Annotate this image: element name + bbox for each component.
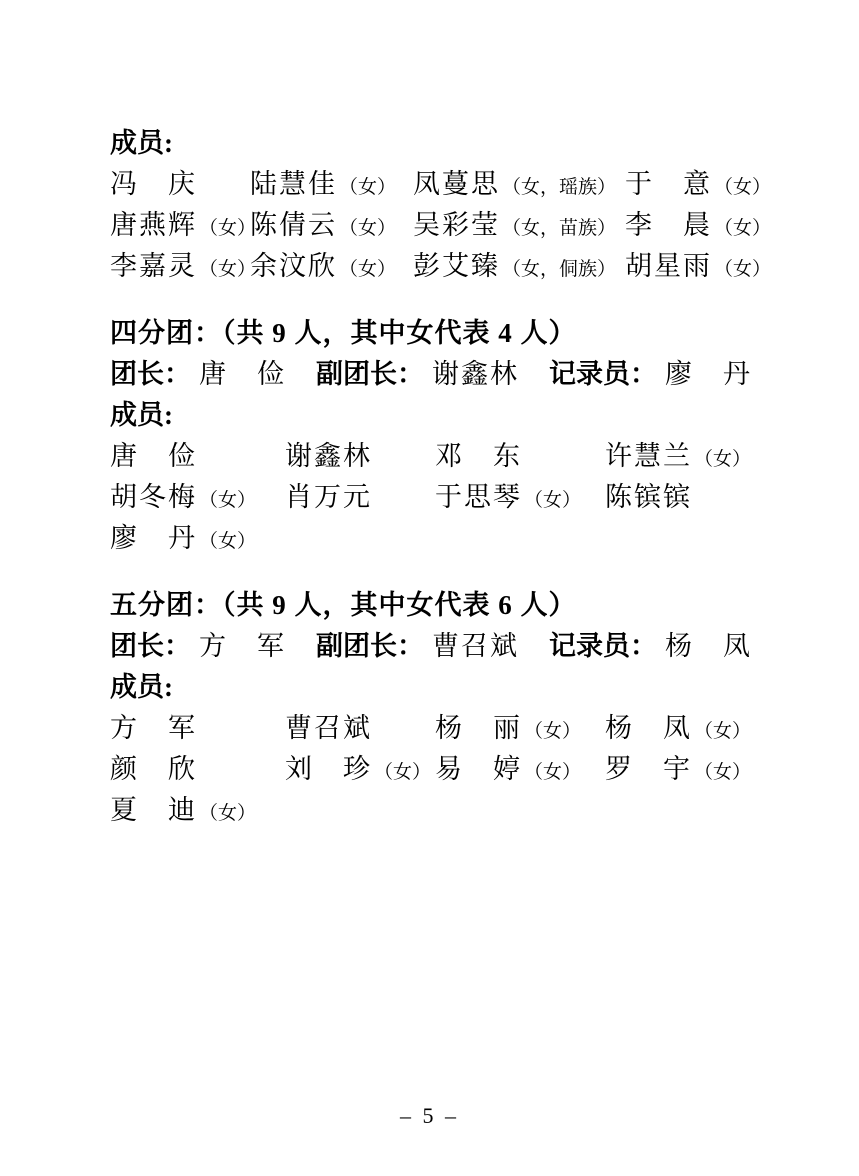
member-entry: 易 婷（女） [435, 747, 605, 786]
member-entry: 许慧兰（女） [605, 434, 758, 473]
member-entry: 罗 宇（女） [605, 747, 758, 786]
leader-role-label: 团长： [110, 624, 191, 663]
leader-group: 副团长：谢鑫林 [316, 352, 519, 391]
member-gender-tag: （女） [712, 177, 771, 198]
delegation-5-leaders: 团长：方 军 副团长：曹召斌 记录员：杨 凤 [110, 623, 758, 664]
member-gender-tag: （女） [337, 259, 396, 280]
member-name: 彭艾臻 [413, 251, 500, 281]
member-gender-tag [372, 490, 374, 511]
member-name: 于 意 [625, 169, 712, 199]
member-row: 胡冬梅（女） 肖万元 于思琴（女） 陈镔镔 [110, 474, 758, 515]
leader-name: 廖 丹 [665, 352, 752, 391]
member-gender-tag: （女，瑶族） [500, 177, 616, 198]
member-entry: 唐燕辉（女） [110, 203, 250, 242]
member-entry: 刘 珍（女） [285, 747, 435, 786]
leader-group: 团长：唐 俭 [110, 352, 286, 391]
section-spacer [110, 556, 758, 582]
member-entry: 胡星雨（女） [625, 244, 771, 283]
member-entry: 邓 东 [435, 434, 605, 473]
member-entry: 余汶欣（女） [250, 244, 413, 283]
leader-role-label: 副团长： [316, 352, 424, 391]
member-row: 李嘉灵（女） 余汶欣（女） 彭艾臻（女，侗族） 胡星雨（女） [110, 243, 758, 284]
member-entry: 夏 迪（女） [110, 788, 285, 827]
member-entry: 李 晨（女） [625, 203, 771, 242]
member-gender-tag: （女） [197, 803, 256, 824]
member-name: 陆慧佳 [250, 169, 337, 199]
member-name: 冯 庆 [110, 169, 197, 199]
delegation-4-leaders: 团长：唐 俭 副团长：谢鑫林 记录员：廖 丹 [110, 351, 758, 392]
member-name: 余汶欣 [250, 251, 337, 281]
member-gender-tag: （女） [197, 490, 256, 511]
members-heading: 成员: [110, 392, 758, 433]
member-name: 李 晨 [625, 210, 712, 240]
member-gender-tag: （女） [522, 721, 581, 742]
member-gender-tag [522, 449, 524, 470]
member-name: 李嘉灵 [110, 251, 197, 281]
member-gender-tag: （女，苗族） [500, 218, 616, 239]
member-entry: 方 军 [110, 706, 285, 745]
member-entry: 谢鑫林 [285, 434, 435, 473]
member-entry: 陈镔镔 [605, 475, 758, 514]
member-name: 唐 俭 [110, 441, 197, 471]
member-name: 胡星雨 [625, 251, 712, 281]
leader-role-label: 副团长： [316, 624, 424, 663]
member-entry: 颜 欣 [110, 747, 285, 786]
member-name: 吴彩莹 [413, 210, 500, 240]
member-entry: 杨 凤（女） [605, 706, 758, 745]
document-content: 成员: 冯 庆 陆慧佳（女） 凤蔓思（女，瑶族） 于 意（女） 唐燕辉（女） 陈… [110, 120, 758, 828]
member-gender-tag [197, 449, 199, 470]
delegation-5-title: 五分团：（共 9 人，其中女代表 6 人） [110, 582, 758, 623]
member-name: 曹召斌 [285, 713, 372, 743]
member-gender-tag: （女） [692, 449, 751, 470]
member-gender-tag: （女） [522, 490, 581, 511]
leader-role-label: 团长： [110, 352, 191, 391]
member-entry: 冯 庆 [110, 162, 250, 201]
member-gender-tag: （女） [712, 259, 771, 280]
member-gender-tag: （女） [712, 218, 771, 239]
member-name: 许慧兰 [605, 441, 692, 471]
member-gender-tag: （女，侗族） [500, 259, 616, 280]
member-entry: 廖 丹（女） [110, 516, 285, 555]
member-gender-tag: （女） [372, 762, 431, 783]
member-name: 邓 东 [435, 441, 522, 471]
member-entry: 陆慧佳（女） [250, 162, 413, 201]
member-row: 夏 迪（女） [110, 787, 758, 828]
page-number: – 5 – [0, 1103, 859, 1129]
member-gender-tag: （女） [337, 218, 396, 239]
member-name: 夏 迪 [110, 795, 197, 825]
member-name: 颜 欣 [110, 754, 197, 784]
leader-name: 杨 凤 [665, 624, 752, 663]
member-name: 杨 凤 [605, 713, 692, 743]
leader-name: 谢鑫林 [432, 352, 519, 391]
member-entry: 于 意（女） [625, 162, 771, 201]
member-name: 方 军 [110, 713, 197, 743]
member-gender-tag [197, 762, 199, 783]
member-entry: 胡冬梅（女） [110, 475, 285, 514]
member-name: 罗 宇 [605, 754, 692, 784]
leader-role-label: 记录员： [549, 352, 657, 391]
member-name: 胡冬梅 [110, 482, 197, 512]
member-name: 唐燕辉 [110, 210, 197, 240]
member-gender-tag: （女） [692, 762, 751, 783]
member-entry: 肖万元 [285, 475, 435, 514]
member-row: 廖 丹（女） [110, 515, 758, 556]
member-name: 于思琴 [435, 482, 522, 512]
member-gender-tag [372, 721, 374, 742]
leader-group: 记录员：杨 凤 [549, 624, 752, 663]
member-entry: 于思琴（女） [435, 475, 605, 514]
member-gender-tag: （女） [197, 259, 256, 280]
member-gender-tag: （女） [197, 218, 256, 239]
member-gender-tag: （女） [337, 177, 396, 198]
leader-group: 团长：方 军 [110, 624, 286, 663]
member-gender-tag: （女） [692, 721, 751, 742]
member-row: 颜 欣 刘 珍（女） 易 婷（女） 罗 宇（女） [110, 746, 758, 787]
member-gender-tag: （女） [197, 531, 256, 552]
member-entry: 彭艾臻（女，侗族） [413, 244, 625, 283]
leader-name: 曹召斌 [432, 624, 519, 663]
member-gender-tag [197, 721, 199, 742]
member-row: 方 军 曹召斌 杨 丽（女） 杨 凤（女） [110, 705, 758, 746]
member-entry: 唐 俭 [110, 434, 285, 473]
member-name: 刘 珍 [285, 754, 372, 784]
member-name: 陈镔镔 [605, 482, 692, 512]
member-entry: 吴彩莹（女，苗族） [413, 203, 625, 242]
member-entry: 凤蔓思（女，瑶族） [413, 162, 625, 201]
member-gender-tag [692, 490, 694, 511]
member-name: 凤蔓思 [413, 169, 500, 199]
leader-name: 唐 俭 [199, 352, 286, 391]
member-name: 陈倩云 [250, 210, 337, 240]
member-name: 易 婷 [435, 754, 522, 784]
member-entry: 陈倩云（女） [250, 203, 413, 242]
members-heading: 成员: [110, 120, 758, 161]
leader-group: 记录员：廖 丹 [549, 352, 752, 391]
member-gender-tag [372, 449, 374, 470]
delegation-4-title: 四分团：（共 9 人，其中女代表 4 人） [110, 310, 758, 351]
member-name: 廖 丹 [110, 523, 197, 553]
members-heading: 成员: [110, 664, 758, 705]
member-row: 唐燕辉（女） 陈倩云（女） 吴彩莹（女，苗族） 李 晨（女） [110, 202, 758, 243]
member-entry: 曹召斌 [285, 706, 435, 745]
member-gender-tag: （女） [522, 762, 581, 783]
document-page: 成员: 冯 庆 陆慧佳（女） 凤蔓思（女，瑶族） 于 意（女） 唐燕辉（女） 陈… [0, 0, 859, 1176]
member-entry: 李嘉灵（女） [110, 244, 250, 283]
member-row: 冯 庆 陆慧佳（女） 凤蔓思（女，瑶族） 于 意（女） [110, 161, 758, 202]
member-name: 肖万元 [285, 482, 372, 512]
member-entry: 杨 丽（女） [435, 706, 605, 745]
leader-name: 方 军 [199, 624, 286, 663]
member-name: 杨 丽 [435, 713, 522, 743]
member-name: 谢鑫林 [285, 441, 372, 471]
leader-role-label: 记录员： [549, 624, 657, 663]
section-spacer [110, 284, 758, 310]
member-gender-tag [197, 177, 199, 198]
leader-group: 副团长：曹召斌 [316, 624, 519, 663]
member-row: 唐 俭 谢鑫林 邓 东 许慧兰（女） [110, 433, 758, 474]
